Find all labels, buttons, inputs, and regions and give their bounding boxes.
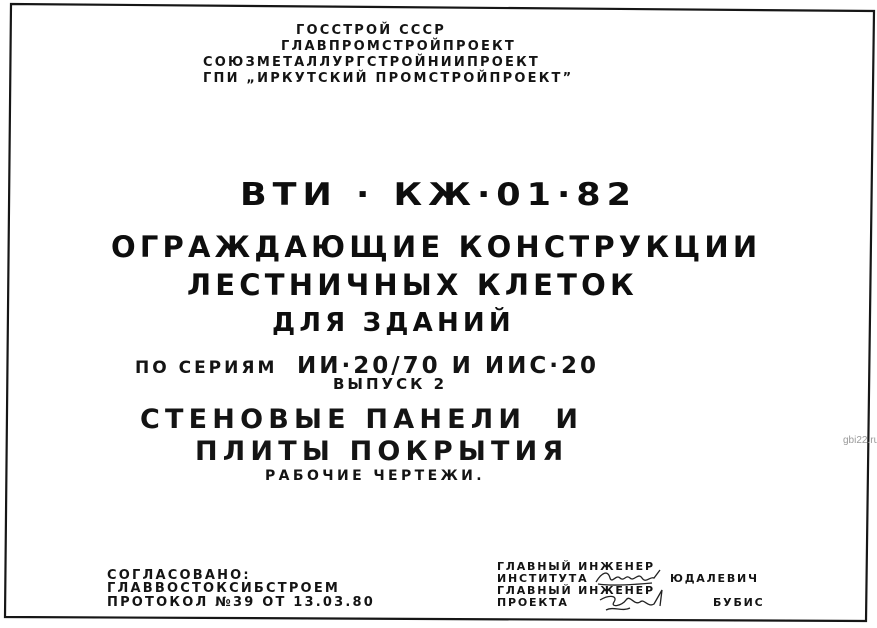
signatory-name-2: Бубис [713, 597, 765, 608]
approval-protocol: Протокол №39 от 13.03.80 [107, 596, 375, 609]
signature-role-2a: Главный инженер [497, 585, 655, 596]
signature-role-2b: проекта [497, 597, 569, 608]
signatory-name-1: Юдалевич [670, 573, 759, 584]
drawing-type: Рабочие чертежи. [265, 469, 485, 483]
title-line-2: лестничных клеток [187, 271, 638, 300]
issue-number: Выпуск 2 [333, 377, 447, 392]
org-line-3: Союзметаллургстройниипроект [203, 56, 540, 69]
org-line-4: ГПИ „Иркутский Промстройпроект” [203, 72, 573, 85]
watermark: gbi22.ru [843, 436, 877, 446]
org-line-1: Госстрой СССР [296, 24, 446, 37]
series-prefix: по сериям [135, 358, 277, 378]
subtitle-line-1: Стеновые панели и [140, 406, 583, 433]
org-line-2: Главпромстройпроект [281, 40, 516, 53]
signature-role-1b: института [497, 573, 588, 584]
title-line-1: Ограждающие конструкции [111, 233, 761, 262]
document-code: ВТИ · КЖ·01·82 [240, 180, 637, 212]
signature-role-1a: Главный инженер [497, 561, 655, 572]
subtitle-line-2: плиты покрытия [195, 438, 568, 465]
approval-organization: Главвостоксибстроем [107, 582, 340, 595]
title-line-3: для зданий [272, 310, 515, 336]
